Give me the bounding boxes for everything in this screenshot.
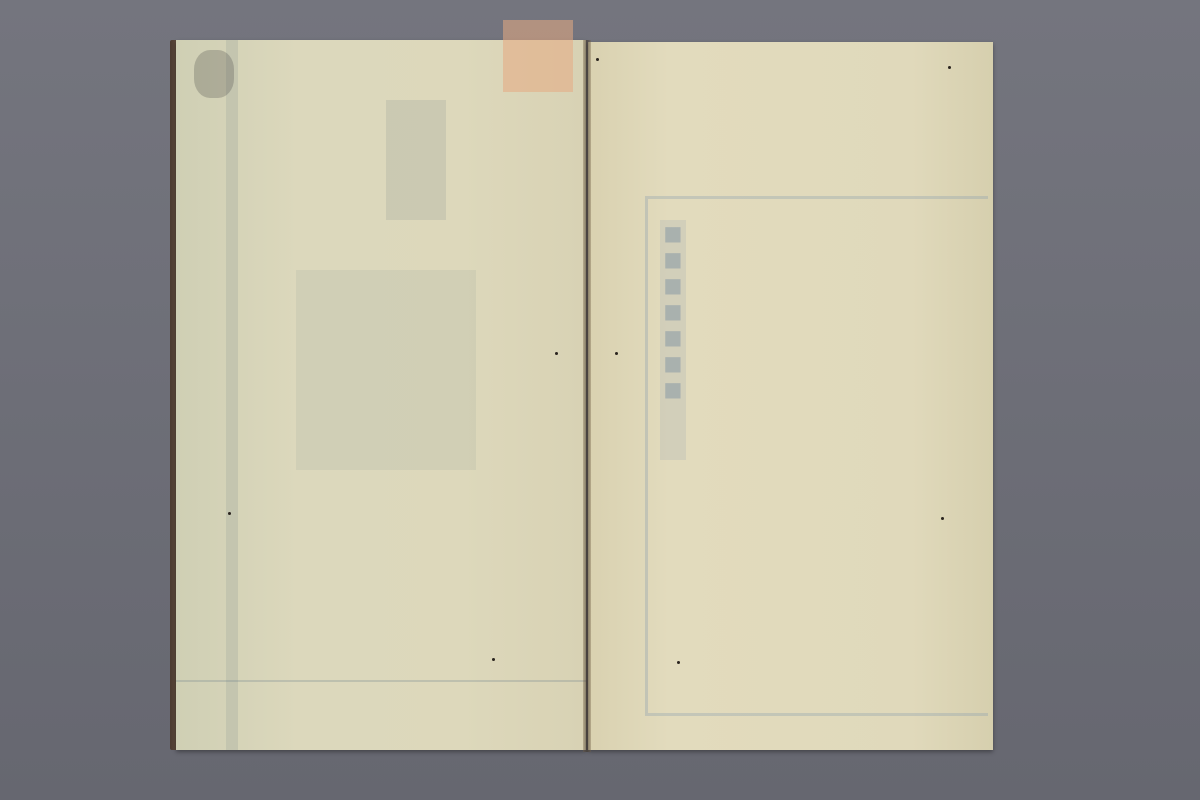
show-through-column — [296, 270, 476, 470]
paper-speck — [596, 58, 599, 61]
show-through-column — [386, 100, 446, 220]
title-char: ■ — [660, 220, 686, 246]
show-through-line — [176, 680, 586, 682]
paper-speck — [492, 658, 495, 661]
book-gutter — [583, 40, 591, 752]
title-char: ■ — [660, 272, 686, 298]
title-char: ■ — [660, 298, 686, 324]
stain — [194, 50, 234, 98]
show-through-column — [226, 40, 238, 750]
title-char: ■ — [660, 350, 686, 376]
paper-speck — [948, 66, 951, 69]
library-label-tag — [503, 20, 573, 92]
printed-title-frame — [645, 196, 988, 716]
paper-speck — [677, 661, 680, 664]
title-char: ■ — [660, 324, 686, 350]
left-page — [176, 40, 586, 750]
title-char: ■ — [660, 376, 686, 402]
paper-speck — [615, 352, 618, 355]
paper-speck — [941, 517, 944, 520]
paper-speck — [555, 352, 558, 355]
title-slip: ■ ■ ■ ■ ■ ■ ■ — [660, 220, 686, 460]
paper-speck — [228, 512, 231, 515]
title-char: ■ — [660, 246, 686, 272]
